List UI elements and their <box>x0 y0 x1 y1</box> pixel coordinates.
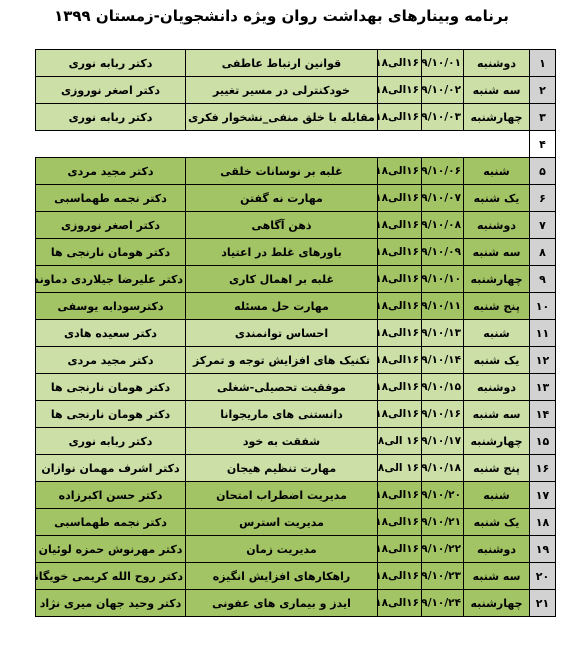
day-cell: شنبه <box>464 320 530 347</box>
date-cell: ۹۹/۱۰/۱۷ <box>422 428 464 455</box>
date-cell: ۹۹/۱۰/۰۹ <box>422 239 464 266</box>
day-cell: یک شنبه <box>464 185 530 212</box>
topic-cell: مدیریت زمان <box>186 536 378 563</box>
date-cell: ۹۹/۱۰/۲۲ <box>422 536 464 563</box>
date-cell: ۹۹/۱۰/۱۱ <box>422 293 464 320</box>
table-row: ۱دوشنبه۹۹/۱۰/۰۱۱۶الی۱۸قوانین ارتباط عاطف… <box>36 50 556 77</box>
presenter-cell: دکتر اصغر نوروزی <box>36 212 186 239</box>
day-cell: یک شنبه <box>464 509 530 536</box>
date-cell: ۹۹/۱۰/۱۸ <box>422 455 464 482</box>
table-row: ۱۹دوشنبه۹۹/۱۰/۲۲۱۶الی۱۸مدیریت زماندکتر م… <box>36 536 556 563</box>
date-cell: ۹۹/۱۰/۲۳ <box>422 563 464 590</box>
num-cell: ۲۰ <box>530 563 556 590</box>
day-cell: سه شنبه <box>464 401 530 428</box>
day-cell: دوشنبه <box>464 374 530 401</box>
topic-cell: غلبه بر نوسانات خلقی <box>186 158 378 185</box>
day-cell: پنج شنبه <box>464 293 530 320</box>
time-cell: ۱۶الی۱۸ <box>378 185 422 212</box>
presenter-cell: دکتر سعیده هادی <box>36 320 186 347</box>
presenter-cell: دکتر اشرف مهمان نوازان <box>36 455 186 482</box>
num-cell: ۵ <box>530 158 556 185</box>
table-row: ۱۲یک شنبه۹۹/۱۰/۱۴۱۶الی۱۸تکنیک های افزایش… <box>36 347 556 374</box>
time-cell: ۱۶الی۱۸ <box>378 158 422 185</box>
day-cell: پنج شنبه <box>464 455 530 482</box>
date-cell: ۹۹/۱۰/۱۴ <box>422 347 464 374</box>
table-row: ۱۷شنبه۹۹/۱۰/۲۰۱۶الی۱۸مدیریت اضطراب امتحا… <box>36 482 556 509</box>
day-cell: یک شنبه <box>464 347 530 374</box>
table-row: ۲۰سه شنبه۹۹/۱۰/۲۳۱۶الی۱۸راهکارهای افزایش… <box>36 563 556 590</box>
num-cell: ۱۸ <box>530 509 556 536</box>
presenter-cell <box>36 131 186 158</box>
num-cell: ۱۵ <box>530 428 556 455</box>
presenter-cell: دکتر علیرضا جیلاردی دماوندی <box>36 266 186 293</box>
table-row: ۶یک شنبه۹۹/۱۰/۰۷۱۶الی۱۸مهارت نه گفتندکتر… <box>36 185 556 212</box>
table-row: ۳چهارشنبه۹۹/۱۰/۰۳۱۶الی۱۸مقابله با خلق من… <box>36 104 556 131</box>
day-cell: چهارشنبه <box>464 104 530 131</box>
time-cell: ۱۶الی۱۸ <box>378 212 422 239</box>
time-cell: ۱۶الی۱۸ <box>378 482 422 509</box>
topic-cell: دانستنی های ماریجوانا <box>186 401 378 428</box>
table-row: ۱۰پنج شنبه۹۹/۱۰/۱۱۱۶الی۱۸مهارت حل مسئلهد… <box>36 293 556 320</box>
time-cell: ۱۶الی۱۸ <box>378 509 422 536</box>
topic-cell: خودکنترلی در مسیر تغییر <box>186 77 378 104</box>
time-cell: ۱۶الی۱۸ <box>378 536 422 563</box>
presenter-cell: دکتر حسن اکبرزاده <box>36 482 186 509</box>
num-cell: ۷ <box>530 212 556 239</box>
num-cell: ۱۷ <box>530 482 556 509</box>
table-row: ۱۴سه شنبه۹۹/۱۰/۱۶۱۶الی۱۸دانستنی های ماری… <box>36 401 556 428</box>
presenter-cell: دکتر روح الله کریمی خویگانی <box>36 563 186 590</box>
num-cell: ۴ <box>530 131 556 158</box>
topic-cell: قوانین ارتباط عاطفی <box>186 50 378 77</box>
day-cell: سه شنبه <box>464 563 530 590</box>
topic-cell: موفقیت تحصیلی-شغلی <box>186 374 378 401</box>
topic-cell: شفقت به خود <box>186 428 378 455</box>
table-row: ۵شنبه۹۹/۱۰/۰۶۱۶الی۱۸غلبه بر نوسانات خلقی… <box>36 158 556 185</box>
time-cell: ۱۶الی۱۸ <box>378 563 422 590</box>
num-cell: ۱ <box>530 50 556 77</box>
table-row: ۲سه شنبه۹۹/۱۰/۰۲۱۶الی۱۸خودکنترلی در مسیر… <box>36 77 556 104</box>
num-cell: ۱۶ <box>530 455 556 482</box>
time-cell: ۱۶الی۱۸ <box>378 320 422 347</box>
presenter-cell: دکتر نجمه طهماسبی <box>36 185 186 212</box>
presenter-cell: دکتر مهرنوش حمزه لوئیان <box>36 536 186 563</box>
num-cell: ۲۱ <box>530 590 556 617</box>
num-cell: ۱۲ <box>530 347 556 374</box>
topic-cell <box>186 131 378 158</box>
table-row: ۹چهارشنبه۹۹/۱۰/۱۰۱۶الی۱۸غلبه بر اهمال کا… <box>36 266 556 293</box>
date-cell: ۹۹/۱۰/۰۱ <box>422 50 464 77</box>
topic-cell: باورهای غلط در اعتیاد <box>186 239 378 266</box>
topic-cell: مهارت تنظیم هیجان <box>186 455 378 482</box>
day-cell: چهارشنبه <box>464 428 530 455</box>
table-row: ۱۶پنج شنبه۹۹/۱۰/۱۸۱۶ الی۱۸مهارت تنظیم هی… <box>36 455 556 482</box>
table-row: ۷دوشنبه۹۹/۱۰/۰۸۱۶الی۱۸ذهن آگاهیدکتر اصغر… <box>36 212 556 239</box>
time-cell: ۱۶الی۱۸ <box>378 77 422 104</box>
time-cell: ۱۶الی۱۸ <box>378 239 422 266</box>
time-cell: ۱۶ الی۱۸ <box>378 455 422 482</box>
num-cell: ۱۹ <box>530 536 556 563</box>
num-cell: ۱۰ <box>530 293 556 320</box>
num-cell: ۱۴ <box>530 401 556 428</box>
date-cell: ۹۹/۱۰/۰۳ <box>422 104 464 131</box>
time-cell: ۱۶الی۱۸ <box>378 104 422 131</box>
date-cell: ۹۹/۱۰/۰۲ <box>422 77 464 104</box>
num-cell: ۶ <box>530 185 556 212</box>
date-cell: ۹۹/۱۰/۲۰ <box>422 482 464 509</box>
presenter-cell: دکتر ربابه نوری <box>36 104 186 131</box>
time-cell <box>378 131 422 158</box>
day-cell: دوشنبه <box>464 50 530 77</box>
webinar-schedule-table: ۱دوشنبه۹۹/۱۰/۰۱۱۶الی۱۸قوانین ارتباط عاطف… <box>35 49 556 617</box>
document-page: برنامه وبینارهای بهداشت روان ویژه دانشجو… <box>0 7 563 647</box>
presenter-cell: دکترسودابه یوسفی <box>36 293 186 320</box>
presenter-cell: دکتر ربابه نوری <box>36 50 186 77</box>
day-cell: چهارشنبه <box>464 266 530 293</box>
topic-cell: مقابله با خلق منفی_نشخوار فکری <box>186 104 378 131</box>
time-cell: ۱۶الی۱۸ <box>378 347 422 374</box>
time-cell: ۱۶الی۱۸ <box>378 293 422 320</box>
table-body: ۱دوشنبه۹۹/۱۰/۰۱۱۶الی۱۸قوانین ارتباط عاطف… <box>36 50 556 617</box>
date-cell: ۹۹/۱۰/۱۶ <box>422 401 464 428</box>
topic-cell: راهکارهای افزایش انگیزه <box>186 563 378 590</box>
table-row: ۱۵چهارشنبه۹۹/۱۰/۱۷۱۶ الی۱۸شفقت به خوددکت… <box>36 428 556 455</box>
topic-cell: مهارت نه گفتن <box>186 185 378 212</box>
page-title: برنامه وبینارهای بهداشت روان ویژه دانشجو… <box>0 7 563 25</box>
time-cell: ۱۶الی۱۸ <box>378 401 422 428</box>
day-cell: دوشنبه <box>464 536 530 563</box>
topic-cell: ایدز و بیماری های عفونی <box>186 590 378 617</box>
time-cell: ۱۶الی۱۸ <box>378 374 422 401</box>
presenter-cell: دکتر هومان نارنجی ها <box>36 401 186 428</box>
table-row: ۴ <box>36 131 556 158</box>
num-cell: ۱۱ <box>530 320 556 347</box>
day-cell: سه شنبه <box>464 239 530 266</box>
date-cell: ۹۹/۱۰/۲۴ <box>422 590 464 617</box>
time-cell: ۱۶الی۱۸ <box>378 50 422 77</box>
num-cell: ۹ <box>530 266 556 293</box>
day-cell: سه شنبه <box>464 77 530 104</box>
topic-cell: مدیریت استرس <box>186 509 378 536</box>
day-cell: شنبه <box>464 158 530 185</box>
table-row: ۱۱شنبه۹۹/۱۰/۱۳۱۶الی۱۸احساس توانمندیدکتر … <box>36 320 556 347</box>
date-cell: ۹۹/۱۰/۰۸ <box>422 212 464 239</box>
day-cell: چهارشنبه <box>464 590 530 617</box>
time-cell: ۱۶الی۱۸ <box>378 590 422 617</box>
presenter-cell: دکتر اصغر نوروزی <box>36 77 186 104</box>
num-cell: ۸ <box>530 239 556 266</box>
day-cell: شنبه <box>464 482 530 509</box>
time-cell: ۱۶ الی۱۸ <box>378 428 422 455</box>
time-cell: ۱۶الی۱۸ <box>378 266 422 293</box>
presenter-cell: دکتر نجمه طهماسبی <box>36 509 186 536</box>
num-cell: ۳ <box>530 104 556 131</box>
presenter-cell: دکتر مجید مردی <box>36 158 186 185</box>
date-cell: ۹۹/۱۰/۰۶ <box>422 158 464 185</box>
topic-cell: مدیریت اضطراب امتحان <box>186 482 378 509</box>
presenter-cell: دکتر هومان نارنجی ها <box>36 239 186 266</box>
topic-cell: ذهن آگاهی <box>186 212 378 239</box>
table-row: ۱۸یک شنبه۹۹/۱۰/۲۱۱۶الی۱۸مدیریت استرسدکتر… <box>36 509 556 536</box>
topic-cell: غلبه بر اهمال کاری <box>186 266 378 293</box>
day-cell: دوشنبه <box>464 212 530 239</box>
date-cell <box>422 131 464 158</box>
day-cell <box>464 131 530 158</box>
date-cell: ۹۹/۱۰/۱۵ <box>422 374 464 401</box>
date-cell: ۹۹/۱۰/۱۳ <box>422 320 464 347</box>
topic-cell: تکنیک های افزایش توجه و تمرکز <box>186 347 378 374</box>
presenter-cell: دکتر وحید جهان میری نژاد <box>36 590 186 617</box>
date-cell: ۹۹/۱۰/۲۱ <box>422 509 464 536</box>
num-cell: ۲ <box>530 77 556 104</box>
topic-cell: مهارت حل مسئله <box>186 293 378 320</box>
date-cell: ۹۹/۱۰/۰۷ <box>422 185 464 212</box>
table-row: ۱۳دوشنبه۹۹/۱۰/۱۵۱۶الی۱۸موفقیت تحصیلی-شغل… <box>36 374 556 401</box>
table-row: ۲۱چهارشنبه۹۹/۱۰/۲۴۱۶الی۱۸ایدز و بیماری ه… <box>36 590 556 617</box>
table-row: ۸سه شنبه۹۹/۱۰/۰۹۱۶الی۱۸باورهای غلط در اع… <box>36 239 556 266</box>
topic-cell: احساس توانمندی <box>186 320 378 347</box>
presenter-cell: دکتر هومان نارنجی ها <box>36 374 186 401</box>
num-cell: ۱۳ <box>530 374 556 401</box>
date-cell: ۹۹/۱۰/۱۰ <box>422 266 464 293</box>
presenter-cell: دکتر مجید مردی <box>36 347 186 374</box>
presenter-cell: دکتر ربابه نوری <box>36 428 186 455</box>
